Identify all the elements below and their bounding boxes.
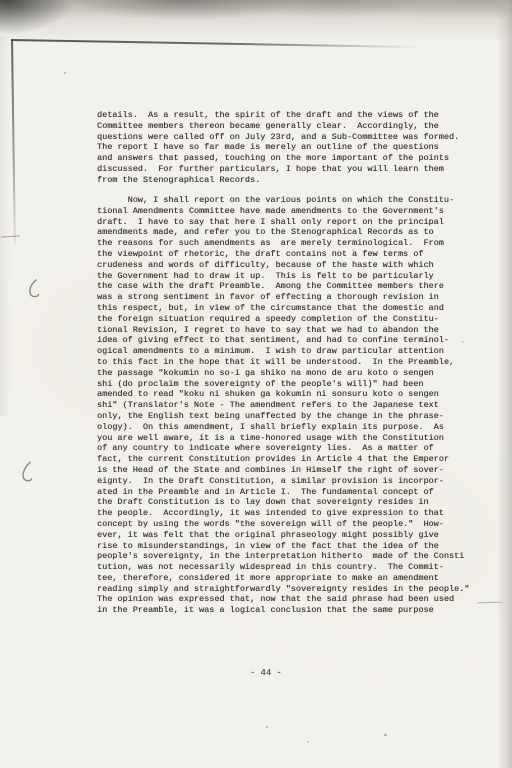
page-edge-left-line [11,39,15,244]
paper-speck [64,72,66,74]
paper-speck [462,341,464,343]
paper-speck [266,726,268,728]
handwritten-check-mark-lower [17,459,38,487]
body-paragraph-2: Now, I shall report on the various point… [97,195,469,616]
handwritten-check-mark-upper [24,278,42,302]
paper-speck [352,249,354,251]
scan-left-edge-shade [0,36,11,416]
scan-top-shadow [0,0,512,46]
page-number: - 44 - [250,668,282,678]
paper-speck [307,741,309,743]
body-paragraph-1: details. As a result, the spirit of the … [97,110,459,186]
scanned-document-page: details. As a result, the spirit of the … [0,0,512,768]
scan-right-edge-shade [497,0,512,768]
paper-speck [384,734,387,736]
